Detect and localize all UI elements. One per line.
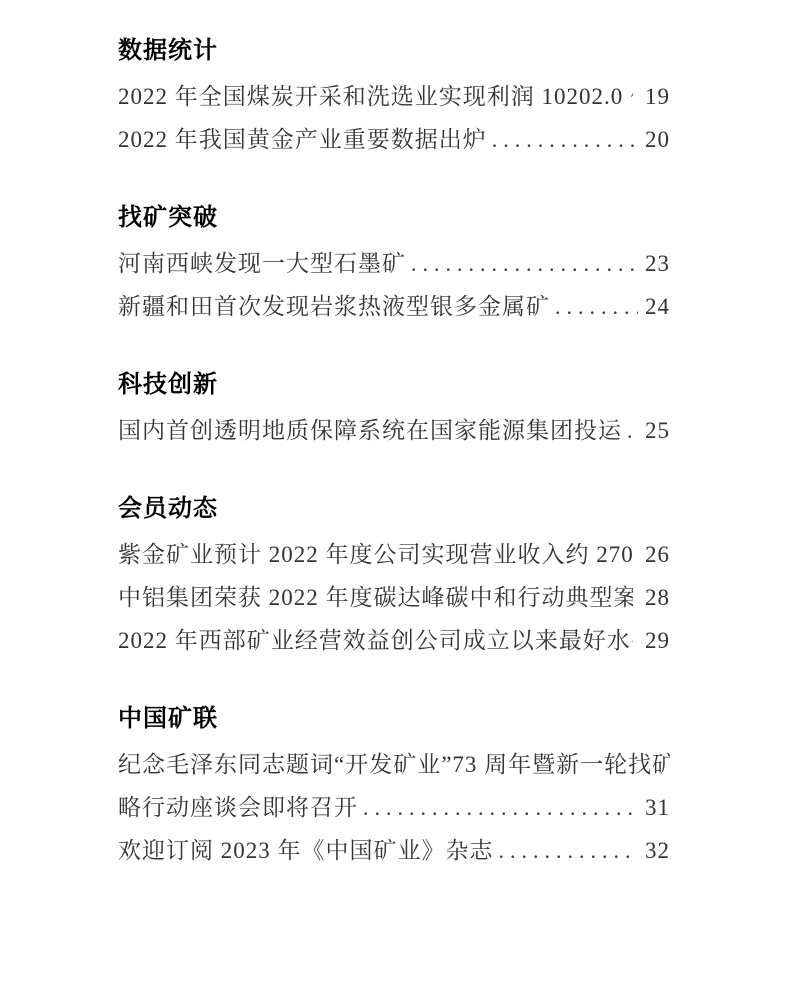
entry-title-continuation: 略行动座谈会即将召开 [118,795,358,820]
dot-leader: ........................................… [406,251,638,276]
toc-entry[interactable]: 2022 年我国黄金产业重要数据出炉 .....................… [118,127,670,152]
section-heading: 数据统计 [118,38,670,63]
entry-page-number: 23 [638,251,670,276]
entry-title: 新疆和田首次发现岩浆热液型银多金属矿 [118,294,550,319]
dot-leader: ........................................… [487,127,638,152]
toc-entry[interactable]: 欢迎订阅 2023 年《中国矿业》杂志 ....................… [118,838,670,863]
toc-entry[interactable]: 中铝集团荣获 2022 年度碳达峰碳中和行动典型案例一等奖 ..........… [118,585,670,610]
entry-page-number: 28 [638,585,670,610]
toc-entry[interactable]: 新疆和田首次发现岩浆热液型银多金属矿 .....................… [118,294,670,319]
dot-leader: ........................................… [550,294,638,319]
entry-title: 2022 年西部矿业经营效益创公司成立以来最好水平 [118,628,633,653]
toc-section-china-mining-association: 中国矿联 纪念毛泽东同志题词“开发矿业”73 周年暨新一轮找矿突破战 略行动座谈… [118,706,670,863]
entry-page-number: 19 [638,84,670,109]
toc-entry-wrapped-line2[interactable]: 略行动座谈会即将召开 .............................… [118,795,670,820]
section-heading: 中国矿联 [118,706,670,731]
section-heading: 科技创新 [118,372,670,397]
entry-page-number: 25 [638,418,670,443]
toc-entry[interactable]: 紫金矿业预计 2022 年度公司实现营业收入约 2700 亿元 ........… [118,542,670,567]
toc-entry[interactable]: 2022 年全国煤炭开采和洗选业实现利润 10202.0 亿元 ........… [118,84,670,109]
section-heading: 会员动态 [118,496,670,521]
dot-leader: ........................................… [494,838,639,863]
toc-section-member-news: 会员动态 紫金矿业预计 2022 年度公司实现营业收入约 2700 亿元 ...… [118,496,670,653]
toc-entry[interactable]: 国内首创透明地质保障系统在国家能源集团投运 ..................… [118,418,670,443]
entry-title: 2022 年全国煤炭开采和洗选业实现利润 10202.0 亿元 [118,84,633,109]
toc-entry[interactable]: 2022 年西部矿业经营效益创公司成立以来最好水平 ..............… [118,628,670,653]
entry-title: 2022 年我国黄金产业重要数据出炉 [118,127,487,152]
toc-section-tech-innovation: 科技创新 国内首创透明地质保障系统在国家能源集团投运 .............… [118,372,670,443]
entry-page-number: 31 [638,795,670,820]
entry-page-number: 32 [638,838,670,863]
entry-page-number: 29 [638,628,670,653]
entry-title: 河南西峡发现一大型石墨矿 [118,251,406,276]
dot-leader: ........................................… [622,418,638,443]
entry-page-number: 24 [638,294,670,319]
toc-entry[interactable]: 河南西峡发现一大型石墨矿 ...........................… [118,251,670,276]
entry-title: 欢迎订阅 2023 年《中国矿业》杂志 [118,838,494,863]
document-page: 数据统计 2022 年全国煤炭开采和洗选业实现利润 10202.0 亿元 ...… [0,0,791,997]
toc-section-data-statistics: 数据统计 2022 年全国煤炭开采和洗选业实现利润 10202.0 亿元 ...… [118,38,670,152]
entry-title: 中铝集团荣获 2022 年度碳达峰碳中和行动典型案例一等奖 [118,585,633,610]
entry-page-number: 26 [638,542,670,567]
toc-entry-wrapped-line1[interactable]: 纪念毛泽东同志题词“开发矿业”73 周年暨新一轮找矿突破战 [118,752,670,777]
dot-leader: ........................................… [358,795,638,820]
section-heading: 找矿突破 [118,205,670,230]
entry-title: 纪念毛泽东同志题词“开发矿业”73 周年暨新一轮找矿突破战 [118,752,670,777]
toc-section-prospecting-breakthrough: 找矿突破 河南西峡发现一大型石墨矿 ......................… [118,205,670,319]
entry-title: 国内首创透明地质保障系统在国家能源集团投运 [118,418,622,443]
entry-page-number: 20 [638,127,670,152]
entry-title: 紫金矿业预计 2022 年度公司实现营业收入约 2700 亿元 [118,542,633,567]
